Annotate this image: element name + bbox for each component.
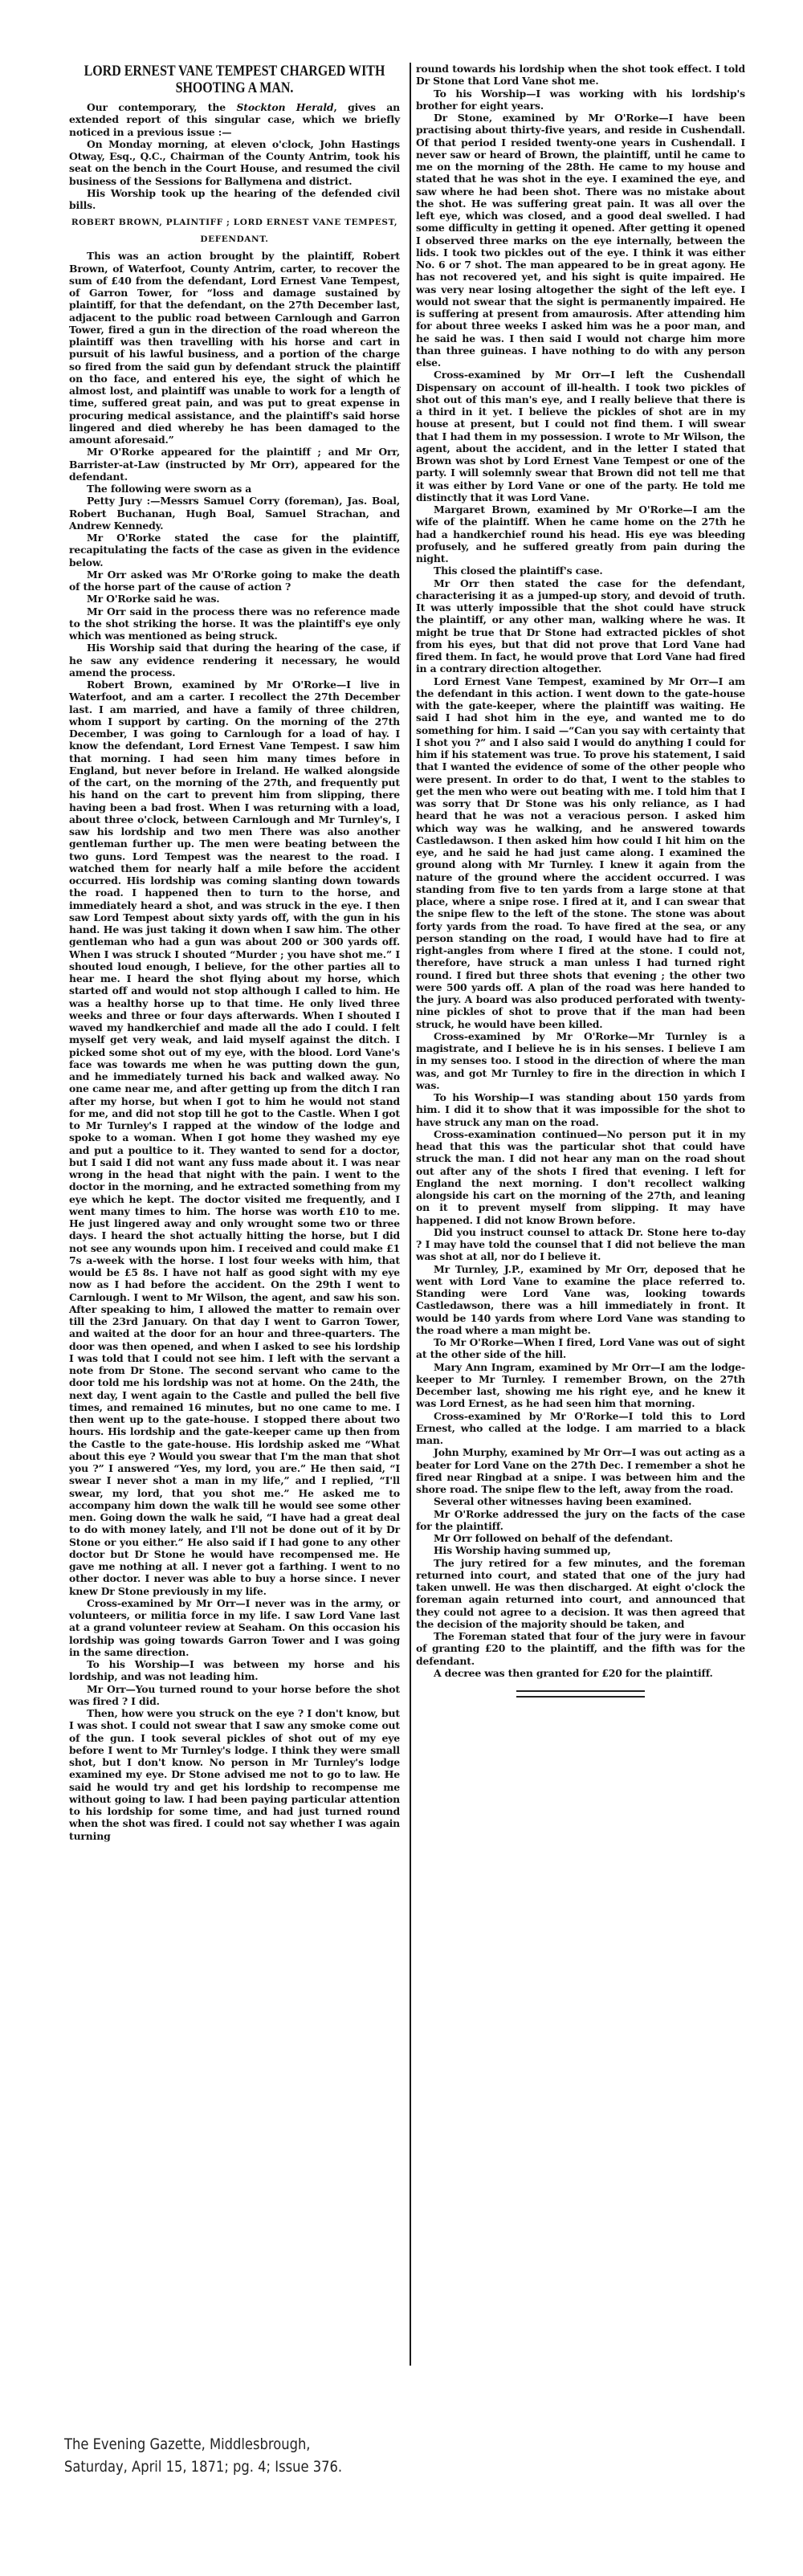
- left-column: LORD ERNEST VANE TEMPEST CHARGED WITH SH…: [69, 63, 400, 1842]
- source-citation: The Evening Gazette, Middlesbrough, Satu…: [64, 2433, 342, 2478]
- right-body-paragraphs: round towards his lordship when the shot…: [416, 63, 745, 1679]
- article-paragraph: To his Worship—I was between my horse an…: [69, 1658, 400, 1683]
- article-paragraph: Mr Orr—You turned round to your horse be…: [69, 1683, 400, 1708]
- article-paragraph: Margaret Brown, examined by Mr O'Rorke—I…: [416, 503, 745, 565]
- source-newspaper-name: Stockton Herald: [236, 101, 333, 113]
- article-paragraph: Mr Orr said in the process there was no …: [69, 605, 400, 642]
- article-paragraph: This was an action brought by the plaint…: [69, 250, 400, 446]
- end-of-article-rule: [516, 1690, 645, 1698]
- left-body-paragraphs: This was an action brought by the plaint…: [69, 250, 400, 1842]
- article-paragraph: Then, how were you struck on the eye ? I…: [69, 1707, 400, 1842]
- article-paragraph: Cross-examination continued—No person pu…: [416, 1128, 745, 1226]
- article-paragraph: His Worship took up the hearing of the d…: [69, 187, 400, 212]
- article-paragraph: Mr O'Rorke stated the case for the plain…: [69, 532, 400, 569]
- article-paragraph: Mr O'Rorke appeared for the plaintiff ; …: [69, 446, 400, 483]
- article-paragraph: His Worship said that during the hearing…: [69, 642, 400, 679]
- right-column: round towards his lordship when the shot…: [416, 63, 745, 1698]
- intro-text: Our contemporary, the: [87, 101, 236, 113]
- case-subheading: ROBERT BROWN, PLAINTIFF ; LORD ERNEST VA…: [69, 214, 400, 248]
- column-divider: [410, 63, 411, 2366]
- article-paragraph: Dr Stone, examined by Mr O'Rorke—I have …: [416, 112, 745, 369]
- article-paragraph: On Monday morning, at eleven o'clock, Jo…: [69, 138, 400, 187]
- article-paragraph: Petty Jury :—Messrs Samuel Corry (forema…: [69, 495, 400, 532]
- article-paragraph: John Murphy, examined by Mr Orr—I was ou…: [416, 1446, 745, 1495]
- article-headline: LORD ERNEST VANE TEMPEST CHARGED WITH SH…: [69, 63, 400, 96]
- article-paragraph: Did you instruct counsel to attack Dr. S…: [416, 1226, 745, 1263]
- article-paragraph: His Worship having summed up,: [416, 1544, 745, 1556]
- opening-paragraphs: On Monday morning, at eleven o'clock, Jo…: [69, 138, 400, 212]
- article-paragraph: Mr O'Rorke addressed the jury on the fac…: [416, 1508, 745, 1533]
- article-paragraph: Robert Brown, examined by Mr O'Rorke—I l…: [69, 679, 400, 1597]
- citation-date-issue: Saturday, April 15, 1871; pg. 4; Issue 3…: [64, 2456, 342, 2478]
- citation-publication: The Evening Gazette, Middlesbrough,: [64, 2433, 342, 2456]
- intro-paragraph: Our contemporary, the Stockton Herald, g…: [69, 101, 400, 138]
- article-paragraph: round towards his lordship when the shot…: [416, 63, 745, 88]
- newspaper-clipping: LORD ERNEST VANE TEMPEST CHARGED WITH SH…: [69, 63, 745, 2367]
- article-paragraph: Mr Orr asked was Mr O'Rorke going to mak…: [69, 569, 400, 593]
- article-paragraph: The Foreman stated that four of the jury…: [416, 1630, 745, 1667]
- article-paragraph: Cross-examined by Mr O'Rorke—Mr Turnley …: [416, 1030, 745, 1091]
- article-paragraph: Mr Orr then stated the case for the defe…: [416, 577, 745, 675]
- article-paragraph: Mary Ann Ingram, examined by Mr Orr—I am…: [416, 1361, 745, 1410]
- article-paragraph: Several other witnesses having been exam…: [416, 1495, 745, 1507]
- article-paragraph: A decree was then granted for £20 for th…: [416, 1667, 745, 1679]
- article-paragraph: This closed the plaintiff's case.: [416, 565, 745, 577]
- article-paragraph: The following were sworn as a: [69, 483, 400, 495]
- article-paragraph: Lord Ernest Vane Tempest, examined by Mr…: [416, 675, 745, 1030]
- article-paragraph: Cross-examined by Mr O'Rorke—I told this…: [416, 1410, 745, 1447]
- article-paragraph: The jury retired for a few minutes, and …: [416, 1557, 745, 1631]
- article-paragraph: To his Worship—I was working with his lo…: [416, 88, 745, 112]
- article-paragraph: Mr O'Rorke said he was.: [69, 593, 400, 605]
- article-paragraph: Mr Orr followed on behalf of the defenda…: [416, 1532, 745, 1544]
- article-paragraph: Mr Turnley, J.P., examined by Mr Orr, de…: [416, 1263, 745, 1337]
- article-paragraph: Cross-examined by Mr Orr—I never was in …: [69, 1597, 400, 1658]
- article-paragraph: To Mr O'Rorke—When I fired, Lord Vane wa…: [416, 1336, 745, 1361]
- article-paragraph: To his Worship—I was standing about 150 …: [416, 1091, 745, 1128]
- article-paragraph: Cross-examined by Mr Orr—I left the Cush…: [416, 369, 745, 503]
